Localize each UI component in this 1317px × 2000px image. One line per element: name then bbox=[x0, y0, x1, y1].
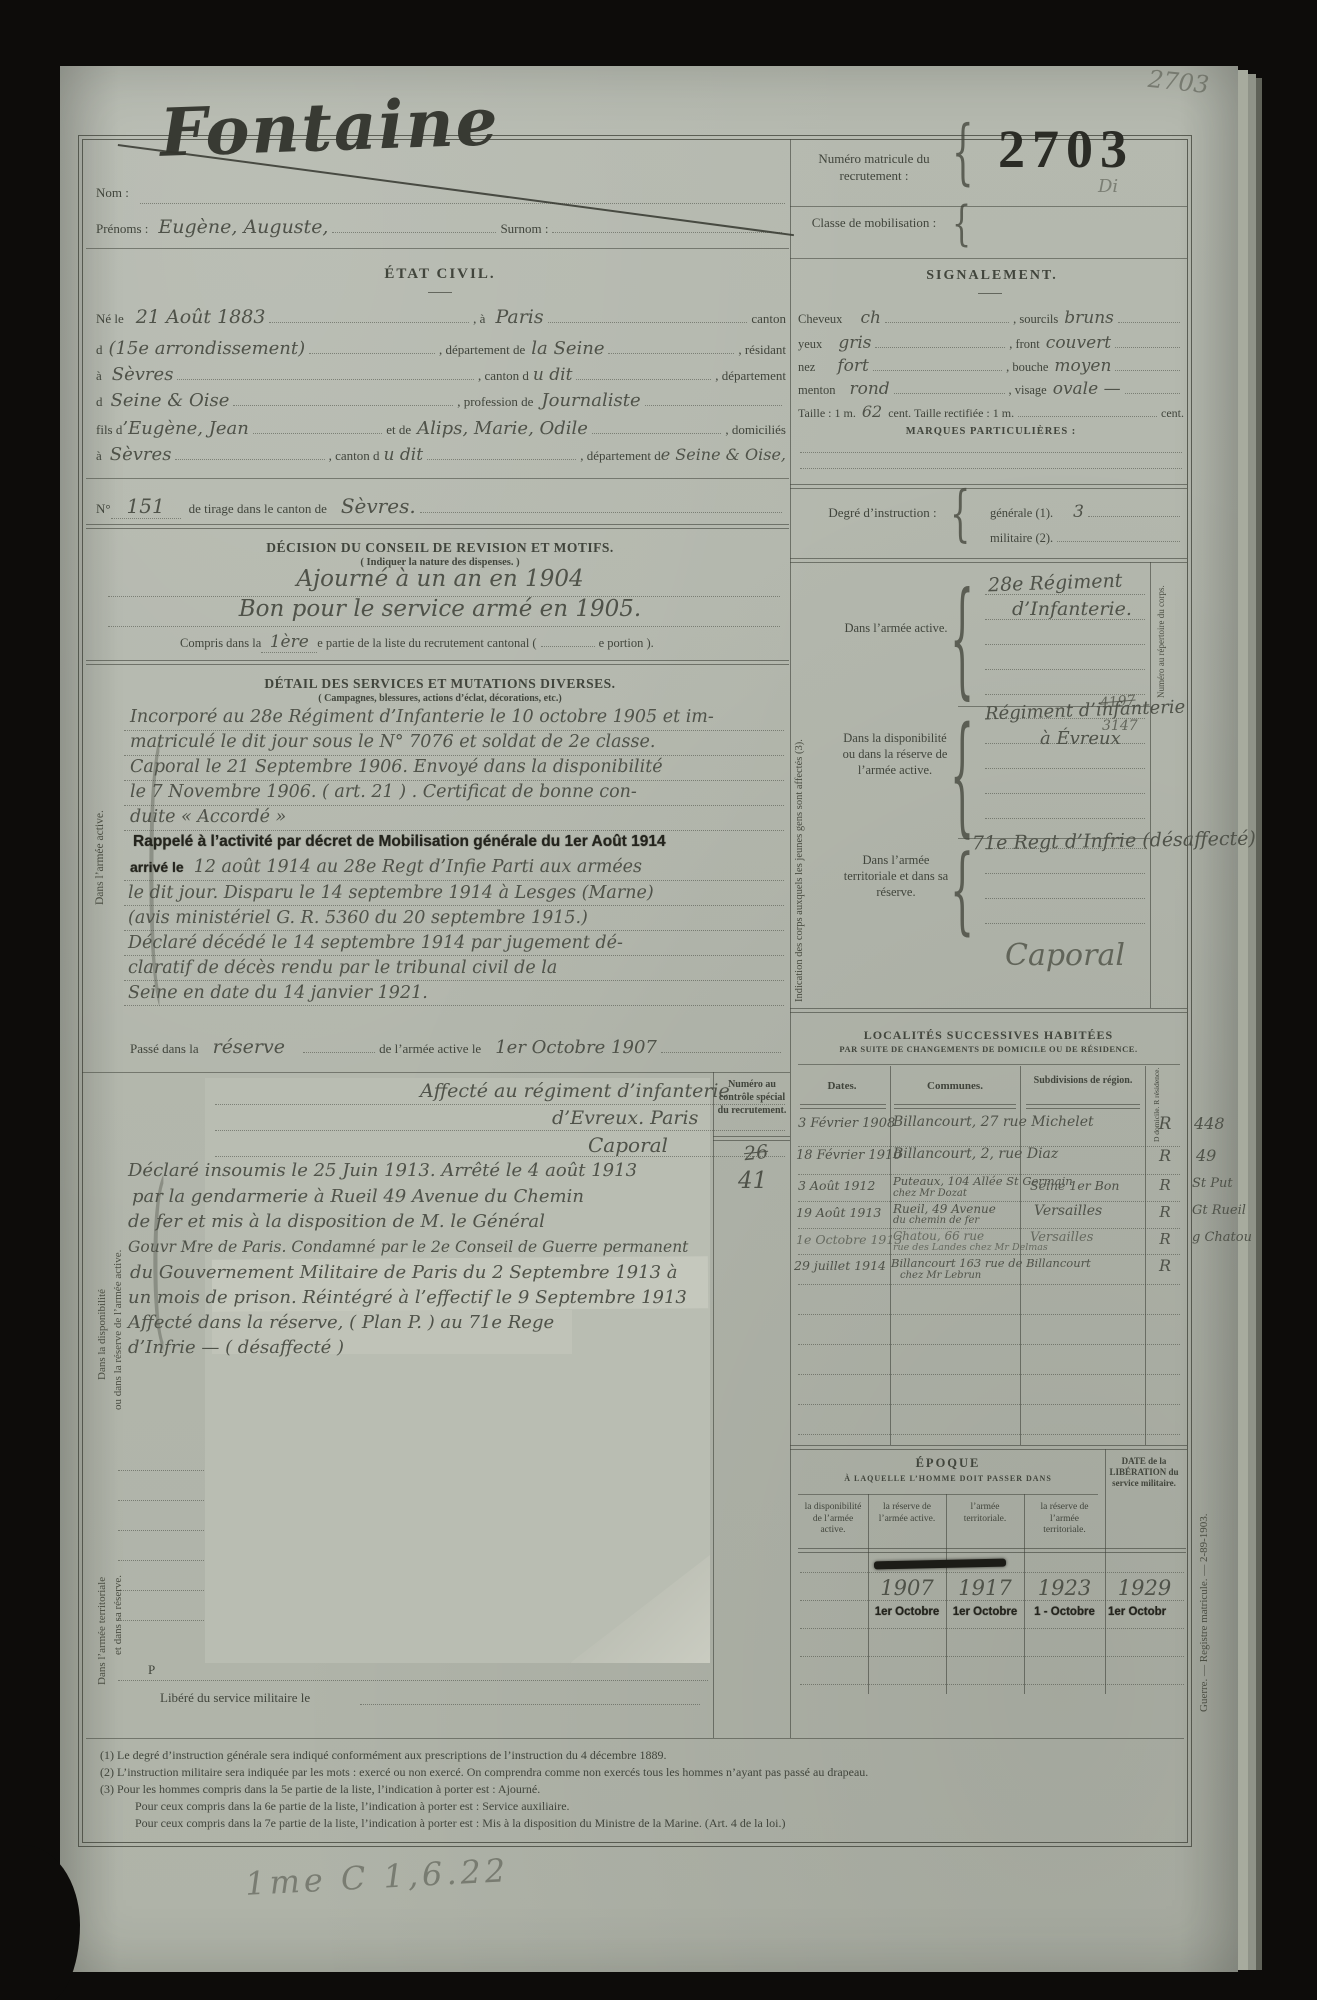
matricule-label: Numéro matricule du recrutement : bbox=[798, 150, 950, 184]
section-divider bbox=[86, 524, 789, 529]
canton-label: , canton d bbox=[478, 368, 529, 384]
col-header-rule bbox=[800, 1104, 886, 1109]
dotted-fill bbox=[592, 420, 721, 434]
section-divider bbox=[790, 484, 1187, 489]
ruled-line bbox=[124, 1005, 784, 1006]
birthplace-value: Paris bbox=[495, 306, 543, 328]
profession-label: , profession de bbox=[457, 394, 533, 410]
controle-value-2: 41 bbox=[738, 1168, 767, 1194]
surnom-label: Surnom : bbox=[500, 221, 548, 237]
col-header-rule bbox=[894, 1104, 1016, 1109]
imprint: Guerre. — Registre matricule. — 2-89-190… bbox=[1198, 1372, 1210, 1712]
arrondissement-value: (15e arrondissement) bbox=[109, 338, 306, 359]
localites-col-subdiv: Subdivisions de région. bbox=[1026, 1074, 1140, 1087]
dotted-fill bbox=[1125, 381, 1180, 395]
ruled-line bbox=[124, 805, 784, 806]
insoumis-line: un mois de prison. Réintégré à l’effecti… bbox=[128, 1287, 687, 1308]
yeux-label: yeux bbox=[798, 337, 822, 352]
etat-civil-row-5: fils d ’Eugène, Jean et de Alips, Marie,… bbox=[96, 418, 786, 439]
degre-militaire-row: militaire (2). bbox=[990, 528, 1184, 546]
dotted-fill bbox=[885, 310, 1009, 324]
service-line: le 7 Novembre 1906. ( art. 21 ) . Certif… bbox=[130, 782, 637, 802]
footnote-line: (3) Pour les hommes compris dans la 5e p… bbox=[100, 1782, 540, 1797]
service-line: Déclaré décédé le 14 septembre 1914 par … bbox=[128, 933, 623, 953]
loc-commune: Chatou, 66 rue bbox=[893, 1229, 984, 1243]
signalement-row-1: Cheveux ch , sourcils bruns bbox=[798, 308, 1184, 328]
loc-date: 19 Août 1913 bbox=[796, 1205, 881, 1220]
passe-reserve-row: Passé dans la réserve de l’armée active … bbox=[130, 1036, 785, 1058]
value-line bbox=[985, 818, 1145, 819]
value-line bbox=[985, 669, 1145, 670]
insoumis-line: Déclaré insoumis le 25 Juin 1913. Arrêté… bbox=[128, 1160, 637, 1181]
localites-title: LOCALITÉS SUCCESSIVES HABITÉES bbox=[790, 1028, 1187, 1043]
dotted-fill bbox=[1057, 528, 1180, 542]
services-subtitle: ( Campagnes, blessures, actions d’éclat,… bbox=[95, 693, 785, 704]
row-line bbox=[800, 1600, 1184, 1601]
etat-civil-row-6: à Sèvres , canton d u dit , département … bbox=[96, 444, 786, 465]
row-line bbox=[798, 1314, 1180, 1315]
passe-label: Passé dans la bbox=[130, 1041, 199, 1057]
departement-label: , département d bbox=[580, 448, 661, 464]
ruled-line bbox=[118, 1560, 204, 1561]
nom-label: Nom : bbox=[96, 185, 129, 201]
value-line bbox=[985, 898, 1145, 899]
ruled-line bbox=[215, 1156, 785, 1157]
dotted-fill bbox=[427, 446, 576, 460]
row-line bbox=[798, 1344, 1180, 1345]
localites-subtitle: PAR SUITE DE CHANGEMENTS DE DOMICILE OU … bbox=[790, 1044, 1187, 1054]
dotted-fill bbox=[645, 392, 782, 406]
dotted-fill bbox=[894, 381, 1005, 395]
loc-subdiv: Versailles bbox=[1030, 1230, 1093, 1245]
ruled-line bbox=[215, 1130, 785, 1131]
col-header-rule bbox=[1026, 1104, 1140, 1109]
epoque-lib-year: 1929 bbox=[1108, 1576, 1181, 1600]
loc-marge: 49 bbox=[1196, 1146, 1216, 1165]
service-line: (avis ministériel G. R. 5360 du 20 septe… bbox=[128, 908, 588, 928]
compris-row: Compris dans la 1ère e partie de la list… bbox=[180, 632, 740, 653]
departement-value: la Seine bbox=[531, 338, 604, 359]
numero-label: N° bbox=[96, 501, 111, 517]
ruled-line bbox=[124, 905, 784, 906]
passe-value-2: 1er Octobre 1907 bbox=[495, 1037, 657, 1058]
epoque-date-col-header: DATE de la LIBÉRATION du service militai… bbox=[1108, 1456, 1180, 1489]
cent-label: cent. bbox=[1161, 406, 1184, 421]
father-value: ’Eugène, Jean bbox=[122, 418, 249, 439]
loc-date: 3 Février 1908 bbox=[798, 1116, 895, 1131]
loc-commune: Rueil, 49 Avenue bbox=[893, 1202, 996, 1216]
classe-brace: { bbox=[952, 201, 971, 249]
service-line: le dit jour. Disparu le 14 septembre 191… bbox=[128, 883, 654, 903]
margin-dispo-line2: ou dans la réserve de l’armée active. bbox=[112, 1110, 124, 1410]
loc-dr: R bbox=[1148, 1176, 1182, 1194]
cheveux-label: Cheveux bbox=[798, 312, 842, 327]
ruled-line bbox=[118, 1680, 708, 1681]
departement-label: , département bbox=[715, 368, 786, 384]
menton-value: rond bbox=[850, 379, 890, 399]
scan-border-bottom bbox=[0, 1972, 1317, 2000]
ruled-line bbox=[108, 626, 780, 627]
loc-dr: R bbox=[1148, 1256, 1182, 1275]
controle-value-1: 26 bbox=[743, 1141, 769, 1165]
mobilisation-stamp: Rappelé à l’activité par décret de Mobil… bbox=[133, 833, 666, 851]
grade-note: Caporal bbox=[1005, 938, 1125, 973]
epoque-col2-year: 1907 bbox=[872, 1576, 942, 1600]
loc-dr: R bbox=[1148, 1146, 1182, 1165]
footnote-separator bbox=[86, 1738, 1184, 1739]
matricule-box-rule bbox=[790, 206, 1187, 207]
corps-dispo-margin-1: 4197 bbox=[1099, 692, 1136, 711]
blank-line bbox=[800, 452, 1182, 453]
loc-subdiv: Versailles bbox=[1034, 1203, 1102, 1219]
dotted-fill bbox=[541, 634, 595, 648]
decision-title: DÉCISION DU CONSEIL DE REVISION ET MOTIF… bbox=[95, 540, 785, 556]
epoque-col3-header: l’armée territoriale. bbox=[950, 1502, 1020, 1525]
epoque-col2-header: la réserve de l’armée active. bbox=[872, 1502, 942, 1525]
visage-value: ovale — bbox=[1053, 379, 1121, 399]
localites-col-dates: Dates. bbox=[798, 1080, 886, 1092]
militaire-label: militaire (2). bbox=[990, 531, 1053, 546]
etat-civil-row-2: d (15e arrondissement) , département de … bbox=[96, 338, 786, 359]
dotted-fill bbox=[661, 1039, 781, 1053]
decision-line-2: Bon pour le service armé en 1905. bbox=[95, 596, 785, 622]
loc-commune2: du chemin de fer bbox=[893, 1215, 979, 1226]
cheveux-value: ch bbox=[860, 308, 880, 328]
epoque-lib-date: 1er Octobr bbox=[1108, 1606, 1184, 1618]
dotted-fill bbox=[175, 446, 324, 460]
ruled-line bbox=[124, 955, 784, 956]
affecte-line-3: Caporal bbox=[588, 1133, 668, 1157]
corps-dispo-brace: { bbox=[950, 710, 974, 839]
bouche-value: moyen bbox=[1054, 356, 1111, 376]
signalement-row-2: yeux gris , front couvert bbox=[798, 333, 1184, 353]
residence-value: Sèvres bbox=[112, 364, 174, 385]
services-title: DÉTAIL DES SERVICES ET MUTATIONS DIVERSE… bbox=[95, 676, 785, 692]
row-line bbox=[798, 1228, 1180, 1229]
ruled-line bbox=[124, 830, 784, 831]
tirage-label: de tirage dans le canton de bbox=[189, 501, 327, 517]
section-divider bbox=[790, 558, 1187, 563]
corps-active-value-2: d’Infanterie. bbox=[1012, 598, 1132, 620]
loc-marge: Gt Rueil bbox=[1192, 1203, 1246, 1218]
footnote-line: Pour ceux compris dans la 6e partie de l… bbox=[135, 1799, 570, 1814]
insoumis-line: Gouvr Mre de Paris. Condamné par le 2e C… bbox=[128, 1238, 688, 1256]
signalement-title: SIGNALEMENT. bbox=[798, 268, 1186, 284]
row-line bbox=[798, 1434, 1180, 1435]
signalement-row-3: nez fort , bouche moyen bbox=[798, 356, 1184, 376]
affecte-line-2: d’Evreux. Paris bbox=[552, 1107, 698, 1129]
row-line bbox=[800, 1656, 1184, 1657]
generale-label: générale (1). bbox=[990, 506, 1053, 521]
nez-value: fort bbox=[837, 356, 869, 376]
service2-row-1: arrivé le 12 août 1914 au 28e Regt d’Inf… bbox=[130, 857, 642, 877]
domicilies-label: , domiciliés bbox=[725, 422, 786, 438]
row-line bbox=[798, 1374, 1180, 1375]
insoumis-line: de fer et mis à la disposition de M. le … bbox=[128, 1211, 545, 1232]
prenoms-value: Eugène, Auguste, bbox=[158, 216, 328, 238]
sourcils-value: bruns bbox=[1064, 308, 1114, 328]
departement3-value: e Seine & Oise, bbox=[661, 445, 786, 464]
value-line bbox=[985, 793, 1145, 794]
departement-label: , département de bbox=[439, 342, 525, 358]
etat-civil-row-4: d Seine & Oise , profession de Journalis… bbox=[96, 390, 786, 411]
dotted-fill bbox=[1018, 404, 1157, 417]
section-divider bbox=[790, 1445, 1187, 1450]
signalement-row-4: menton rond , visage ovale — bbox=[798, 379, 1184, 399]
epoque-header-rule bbox=[798, 1494, 1098, 1495]
service-line: matriculé le dit jour sous le N° 7076 et… bbox=[130, 732, 655, 752]
corps-terr-brace: { bbox=[950, 842, 974, 937]
row-line bbox=[798, 1284, 1180, 1285]
loc-date: 1e Octobre 1913 bbox=[796, 1232, 902, 1247]
taille-value: 62 bbox=[862, 402, 882, 421]
libere-label: Libéré du service militaire le bbox=[160, 1690, 310, 1706]
dotted-fill bbox=[332, 219, 496, 233]
tirage-row: N° 151 de tirage dans le canton de Sèvre… bbox=[96, 494, 786, 519]
compris-label: Compris dans la bbox=[180, 636, 261, 651]
prenoms-label: Prénoms : bbox=[96, 221, 148, 237]
service-line: 12 août 1914 au 28e Regt d’Infie Parti a… bbox=[194, 857, 642, 877]
mother-value: Alips, Marie, Odile bbox=[417, 418, 588, 439]
canton-value: u dit bbox=[533, 365, 573, 385]
corps-active-value-1: 28e Régiment bbox=[988, 570, 1123, 597]
decision-line-1: Ajourné à un an en 1904 bbox=[95, 566, 785, 592]
dotted-fill bbox=[873, 358, 1002, 372]
residant-label: , résidant bbox=[738, 342, 786, 358]
title-dash bbox=[428, 292, 452, 293]
main-column-divider bbox=[790, 139, 791, 1738]
section-divider bbox=[790, 1008, 1187, 1013]
arrive-stamp: arrivé le bbox=[130, 859, 184, 875]
epoque-title: ÉPOQUE bbox=[798, 1456, 1098, 1471]
ruled-line bbox=[118, 1500, 204, 1501]
ruled-line bbox=[124, 730, 784, 731]
loc-subdiv: Seine 1er Bon bbox=[1030, 1178, 1119, 1193]
visage-label: , visage bbox=[1009, 383, 1047, 398]
loc-commune: Billancourt, 2, rue Diaz bbox=[893, 1146, 1058, 1162]
dotted-fill bbox=[140, 203, 785, 204]
repertoire-column-line bbox=[1150, 562, 1151, 1008]
d-label: d bbox=[96, 394, 103, 410]
taille-row: Taille : 1 m. 62 cent. Taille rectifiée … bbox=[798, 402, 1184, 421]
residence2-value: Sèvres bbox=[110, 444, 172, 465]
ruled-line bbox=[124, 755, 784, 756]
dotted-fill bbox=[420, 499, 782, 513]
degre-generale-row: générale (1). 3 bbox=[990, 502, 1184, 522]
matricule-value: 2703 bbox=[998, 118, 1134, 180]
row-line bbox=[798, 1254, 1180, 1255]
localites-col-communes: Communes. bbox=[894, 1080, 1016, 1092]
a-label: à bbox=[96, 448, 102, 464]
loc-date: 29 juillet 1914 bbox=[794, 1258, 886, 1273]
footnote-line: (1) Le degré d’instruction générale sera… bbox=[100, 1748, 666, 1763]
epoque-col-line bbox=[1024, 1494, 1025, 1694]
profession-value: Journaliste bbox=[541, 390, 640, 411]
marques-label: MARQUES PARTICULIÈRES : bbox=[798, 426, 1184, 437]
birthdate-value: 21 Août 1883 bbox=[136, 306, 266, 328]
front-label: , front bbox=[1009, 337, 1040, 352]
nez-label: nez bbox=[798, 360, 815, 375]
loc-commune2: chez Mr Lebrun bbox=[900, 1270, 981, 1281]
scan-border-top bbox=[0, 0, 1317, 66]
insoumis-line: d’Infrie — ( désaffecté ) bbox=[128, 1337, 344, 1358]
epoque-col-line bbox=[946, 1494, 947, 1694]
page-edge-1 bbox=[1238, 70, 1248, 1970]
corps-active-brace: { bbox=[950, 576, 974, 701]
epoque-subheader-rule bbox=[798, 1548, 1186, 1553]
header-rule bbox=[86, 248, 789, 249]
service-line: Caporal le 21 Septembre 1906. Envoyé dan… bbox=[130, 757, 663, 777]
epoque-col3-year: 1917 bbox=[950, 1576, 1020, 1600]
compris-value: 1ère bbox=[261, 632, 317, 653]
loc-commune: Billancourt, 27 rue Michelet bbox=[893, 1114, 1094, 1130]
sourcils-label: , sourcils bbox=[1013, 312, 1058, 327]
corps-right-caption: Numéro au répertoire du corps. bbox=[1156, 572, 1166, 712]
dotted-fill bbox=[608, 340, 734, 354]
page-edge-2 bbox=[1248, 74, 1256, 1970]
epoque-subtitle: À LAQUELLE L’HOMME DOIT PASSER DANS bbox=[798, 1474, 1098, 1483]
controle-header-rule bbox=[713, 1136, 790, 1141]
matricule-brace: { bbox=[952, 117, 974, 188]
localites-header-rule bbox=[798, 1064, 1180, 1065]
section-divider bbox=[86, 660, 789, 665]
cor​ps-dispo-label: Dans la disponibilité ou dans la réserve… bbox=[836, 730, 954, 778]
loc-commune: Billancourt 163 rue de Billancourt bbox=[891, 1256, 1091, 1270]
dotted-fill bbox=[875, 335, 1005, 349]
corps-left-caption: Indication des corps auxquels les jeunes… bbox=[794, 578, 805, 1002]
yeux-value: gris bbox=[838, 333, 871, 353]
ruled-line bbox=[118, 1530, 204, 1531]
generale-value: 3 bbox=[1073, 502, 1084, 522]
dotted-fill bbox=[552, 219, 782, 233]
degre-brace: { bbox=[950, 483, 970, 544]
passe-label-2: de l’armée active le bbox=[379, 1041, 481, 1057]
service-line: Incorporé au 28e Régiment d’Infanterie l… bbox=[130, 707, 714, 727]
epoque-col1-header: la disponibilité de l’armée active. bbox=[800, 1502, 866, 1537]
footnote-line: Pour ceux compris dans la 7e partie de l… bbox=[135, 1816, 786, 1831]
corps-terr-label: Dans l’armée territoriale et dans sa rés… bbox=[840, 852, 952, 900]
etat-civil-row-1: Né le 21 Août 1883 , à Paris canton bbox=[96, 306, 786, 328]
a-label: , à bbox=[473, 311, 485, 327]
epoque-col3-date: 1er Octobre bbox=[948, 1606, 1022, 1618]
dotted-fill bbox=[1118, 310, 1180, 324]
canton-label: , canton d bbox=[329, 448, 380, 464]
margin-terr-line1: Dans l’armée territoriale bbox=[96, 1425, 108, 1685]
tirage-number: 151 bbox=[111, 494, 181, 519]
menton-label: menton bbox=[798, 383, 836, 398]
section-divider bbox=[82, 1072, 790, 1073]
scan-border-right bbox=[1262, 0, 1317, 2000]
loc-commune2: chez Mr Dozat bbox=[893, 1188, 967, 1199]
controle-column-line bbox=[713, 1072, 714, 1738]
a-label: à bbox=[96, 368, 102, 384]
row-line bbox=[798, 1404, 1180, 1405]
margin-terr-line2: et dans sa réserve. bbox=[112, 1455, 124, 1655]
dotted-fill bbox=[233, 392, 453, 406]
title-dash bbox=[978, 293, 1002, 294]
corps-active-label: Dans l’armée active. bbox=[840, 620, 952, 637]
scan-border-left bbox=[0, 0, 60, 2000]
ruled-line bbox=[124, 980, 784, 981]
passe-value: réserve bbox=[213, 1036, 285, 1058]
ne-le-label: Né le bbox=[96, 311, 124, 327]
row-line bbox=[800, 1628, 1184, 1629]
section-rule bbox=[86, 478, 789, 479]
dotted-fill bbox=[576, 366, 711, 380]
margin-armee-active: Dans l’armée active. bbox=[94, 655, 106, 905]
service-line: Seine en date du 14 janvier 1921. bbox=[128, 983, 428, 1003]
dotted-fill bbox=[253, 420, 382, 434]
loc-date: 3 Août 1912 bbox=[798, 1178, 875, 1193]
taille-rect-label: cent. Taille rectifiée : 1 m. bbox=[888, 406, 1014, 421]
affecte-line-1: Affecté au régiment d’infanterie bbox=[420, 1080, 730, 1102]
epoque-col4-header: la réserve de l’armée territoriale. bbox=[1028, 1502, 1101, 1537]
bouche-label: , bouche bbox=[1006, 360, 1048, 375]
value-line bbox=[985, 873, 1145, 874]
fils-label: fils d bbox=[96, 422, 122, 438]
dotted-fill bbox=[360, 1704, 700, 1705]
dotted-fill bbox=[269, 309, 469, 323]
dotted-fill bbox=[177, 366, 474, 380]
canton-label: canton bbox=[751, 311, 786, 327]
epoque-col2-date: 1er Octobre bbox=[870, 1606, 944, 1618]
dotted-fill bbox=[1088, 504, 1180, 518]
value-line bbox=[985, 644, 1145, 645]
dotted-fill bbox=[1115, 335, 1180, 349]
service-line: duite « Accordé » bbox=[130, 807, 286, 827]
front-value: couvert bbox=[1046, 333, 1111, 353]
corps-dispo-margin-2: 3147 bbox=[1102, 718, 1138, 734]
loc-commune2: rue des Landes chez Mr Delmas bbox=[893, 1242, 1048, 1253]
compris-label-3: e portion ). bbox=[599, 636, 654, 651]
etde-label: et de bbox=[386, 422, 411, 438]
degre-label: Degré d’instruction : bbox=[820, 504, 945, 521]
canton2-value: u dit bbox=[384, 445, 424, 465]
etat-civil-title: ÉTAT CIVIL. bbox=[95, 266, 785, 283]
classe-box-rule bbox=[790, 258, 1187, 259]
ruled-line bbox=[124, 880, 784, 881]
matricule-note: Di bbox=[1098, 176, 1118, 197]
ruled-line bbox=[118, 1470, 204, 1471]
epoque-col4-year: 1923 bbox=[1028, 1576, 1101, 1600]
insoumis-line: par la gendarmerie à Rueil 49 Avenue du … bbox=[132, 1186, 584, 1207]
libere-p: P bbox=[148, 1662, 155, 1678]
row-line bbox=[800, 1684, 1184, 1685]
ruled-line bbox=[118, 1620, 204, 1621]
service-line: claratif de décès rendu par le tribunal … bbox=[128, 958, 557, 978]
departement2-value: Seine & Oise bbox=[111, 390, 230, 411]
loc-date: 18 Février 1910 bbox=[796, 1148, 902, 1163]
localites-col-line bbox=[1145, 1066, 1146, 1445]
loc-marge: St Put bbox=[1192, 1176, 1233, 1191]
epoque-col-line bbox=[868, 1494, 869, 1694]
loc-dr: R bbox=[1148, 1114, 1182, 1134]
compris-label-2: e partie de la liste du recrutement cant… bbox=[317, 636, 536, 651]
loc-marge: 448 bbox=[1194, 1114, 1225, 1133]
ruled-line bbox=[118, 1590, 204, 1591]
value-line bbox=[985, 923, 1145, 924]
dotted-fill bbox=[303, 1039, 375, 1053]
dotted-fill bbox=[1115, 358, 1180, 372]
loc-dr: R bbox=[1148, 1230, 1182, 1248]
epoque-col4-date: 1 - Octobre bbox=[1026, 1606, 1103, 1618]
taille-label: Taille : 1 m. bbox=[798, 406, 856, 421]
prenoms-row: Prénoms : Eugène, Auguste, Surnom : bbox=[96, 216, 786, 238]
d-label: d bbox=[96, 342, 103, 358]
etat-civil-row-3: à Sèvres , canton d u dit , département bbox=[96, 364, 786, 385]
insoumis-line: du Gouvernement Militaire de Paris du 2 … bbox=[130, 1262, 677, 1283]
dotted-fill bbox=[548, 309, 748, 323]
